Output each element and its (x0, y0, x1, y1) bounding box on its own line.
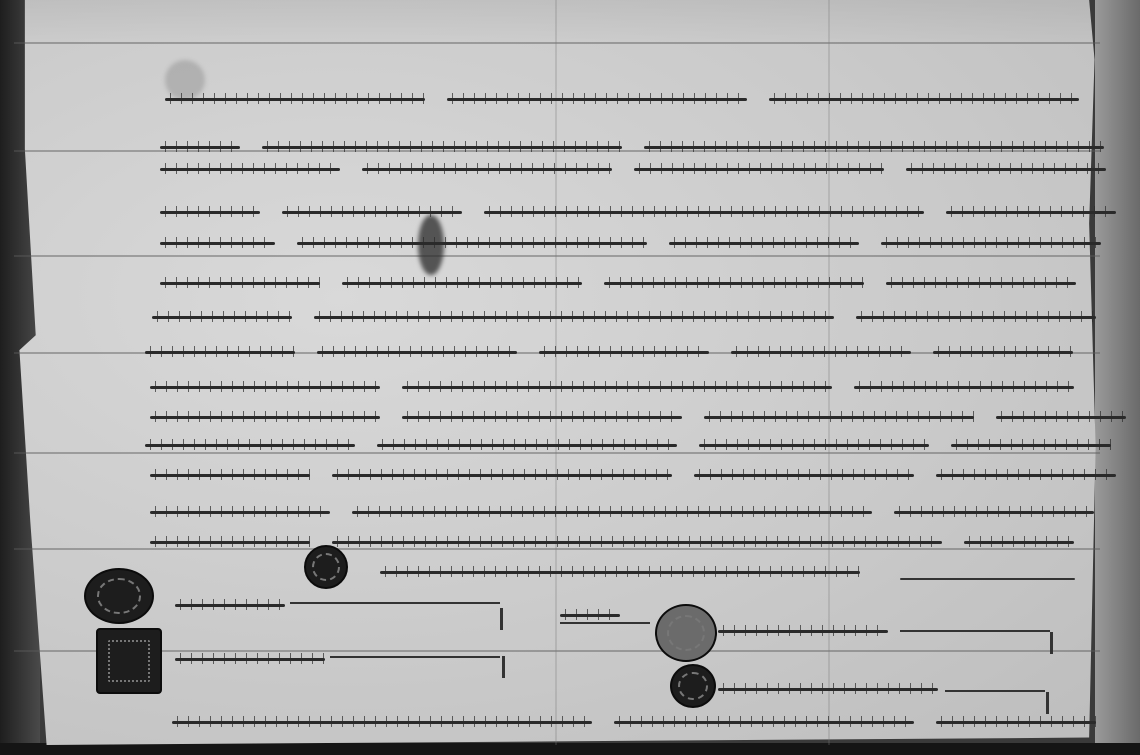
signatory-name (175, 598, 285, 612)
background-bottom (0, 743, 1140, 755)
text-line (160, 276, 1076, 290)
fold-line (14, 255, 1100, 257)
square-seal (96, 628, 162, 694)
text-line (380, 565, 860, 579)
signatory-name (718, 682, 938, 696)
round-seal (84, 568, 154, 624)
signatory-name (175, 652, 325, 666)
title-underline (560, 622, 650, 624)
text-line (160, 140, 1104, 154)
text-line (152, 310, 1096, 324)
fold-line (14, 452, 1100, 454)
signature-rule (900, 630, 1050, 632)
text-line (160, 162, 1106, 176)
text-line (150, 380, 1074, 394)
signatory-title (560, 608, 620, 622)
text-line (150, 505, 1094, 519)
round-seal (670, 664, 716, 708)
signature-mark (1050, 632, 1053, 654)
signature-mark (500, 608, 503, 630)
fold-line (555, 0, 557, 745)
text-line (172, 715, 1096, 729)
text-line (150, 535, 1074, 549)
signatory-name (718, 624, 888, 638)
signature-rule (330, 656, 500, 658)
signature-mark (1046, 692, 1049, 714)
signature-flourish (900, 578, 1075, 580)
round-seal (304, 545, 348, 589)
text-line (150, 468, 1116, 482)
text-line (145, 438, 1111, 452)
text-line (160, 205, 1116, 219)
text-line (165, 92, 1079, 106)
signature-mark (502, 656, 505, 678)
signature-rule (290, 602, 500, 604)
text-line (160, 236, 1101, 250)
signature-rule (945, 690, 1045, 692)
fold-line (14, 42, 1100, 44)
manuscript-paper (14, 0, 1100, 745)
text-line (145, 345, 1073, 359)
round-seal (655, 604, 717, 662)
background-right (1095, 0, 1140, 755)
text-line (150, 410, 1126, 424)
